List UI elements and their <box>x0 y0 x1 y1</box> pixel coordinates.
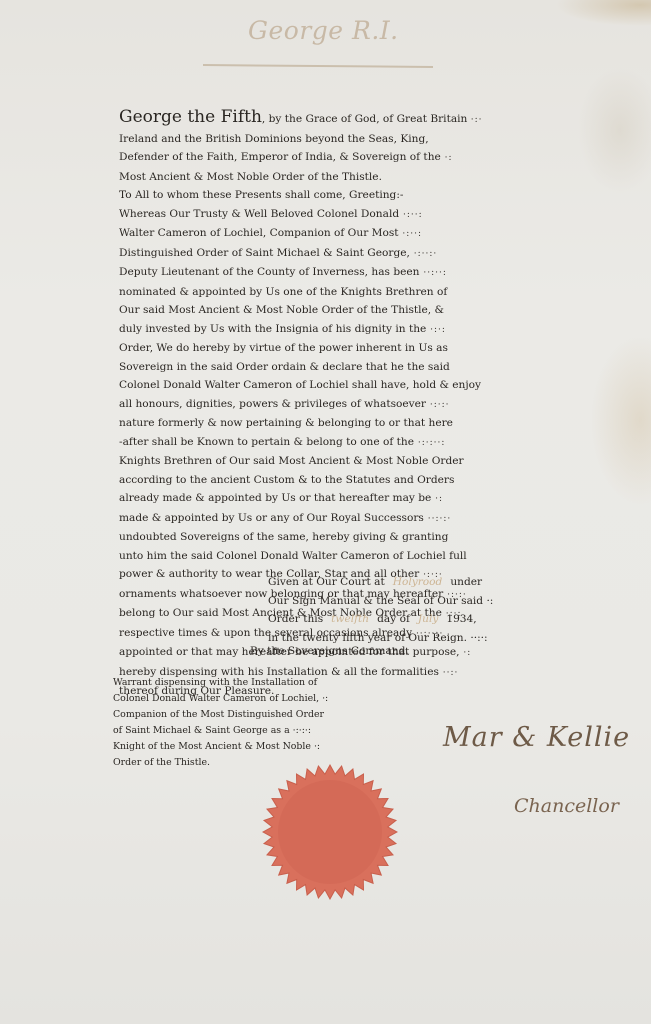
body-line-text: all honours, dignities, powers & privile… <box>119 398 426 410</box>
line-filler-ornament: ·:··: <box>399 210 423 220</box>
endorsement: Warrant dispensing with the Installation… <box>113 675 403 771</box>
day-filled: twelfth <box>323 613 377 625</box>
endorsement-line: Warrant dispensing with the Installation… <box>113 675 403 691</box>
royal-sign-manual: George R.I. <box>248 16 399 45</box>
body-line: all honours, dignities, powers & privile… <box>119 395 537 415</box>
body-line: undoubted Sovereigns of the same, hereby… <box>119 528 537 547</box>
body-line: according to the ancient Custom & to the… <box>119 471 537 490</box>
body-line: Most Ancient & Most Noble Order of the T… <box>119 168 537 187</box>
body-line: made & appointed by Us or any of Our Roy… <box>119 509 537 529</box>
body-line-text: Our said Most Ancient & Most Noble Order… <box>119 304 444 316</box>
line-filler-ornament: ·:·:· <box>426 400 450 410</box>
body-line: unto him the said Colonel Donald Walter … <box>119 547 537 566</box>
body-line: Sovereign in the said Order ordain & dec… <box>119 358 537 377</box>
body-line-text: Walter Cameron of Lochiel, Companion of … <box>119 227 399 239</box>
body-line-text: already made & appointed by Us or that h… <box>119 492 431 504</box>
body-line-text: Most Ancient & Most Noble Order of the T… <box>119 171 382 183</box>
body-line-text: Sovereign in the said Order ordain & dec… <box>119 361 450 373</box>
body-line-text: Defender of the Faith, Emperor of India,… <box>119 151 441 163</box>
endorsement-line: Knight of the Most Ancient & Most Noble … <box>113 739 403 755</box>
dating-text: Given at Our Court at <box>268 576 385 588</box>
body-line: Order, We do hereby by virtue of the pow… <box>119 339 537 358</box>
dating-text: under <box>450 576 482 588</box>
body-line-text: Ireland and the British Dominions beyond… <box>119 133 429 145</box>
body-line-text: duly invested by Us with the Insignia of… <box>119 323 426 335</box>
dating-line: Our Sign Manual & the Seal of Our said ·… <box>268 592 538 611</box>
line-filler-ornament: ·:··: <box>399 229 423 239</box>
signature-underline <box>203 64 433 68</box>
line-filler-ornament: ··:··: <box>420 268 447 278</box>
body-line: Our said Most Ancient & Most Noble Order… <box>119 301 537 320</box>
body-line-text: -after shall be Known to pertain & belon… <box>119 436 414 448</box>
body-line-text: Colonel Donald Walter Cameron of Lochiel… <box>119 379 481 391</box>
line-filler-ornament: ·:··:· <box>410 249 437 259</box>
body-line: Walter Cameron of Lochiel, Companion of … <box>119 224 537 244</box>
body-line-text: made & appointed by Us or any of Our Roy… <box>119 512 424 524</box>
dating-text: Order this <box>268 613 323 625</box>
month-filled: July <box>410 613 446 625</box>
endorsement-line: Colonel Donald Walter Cameron of Lochiel… <box>113 691 403 707</box>
body-line: nature formerly & now pertaining & belon… <box>119 414 537 433</box>
dating-text: day of <box>377 613 410 625</box>
body-line-text: undoubted Sovereigns of the same, hereby… <box>119 531 448 543</box>
body-line-text: Knights Brethren of Our said Most Ancien… <box>119 455 464 467</box>
body-line: nominated & appointed by Us one of the K… <box>119 283 537 302</box>
endorsement-line: of Saint Michael & Saint George as a ·:·… <box>113 723 403 739</box>
dating-clause: Given at Our Court atHolyroodunder Our S… <box>268 573 538 647</box>
chancellor-title: Chancellor <box>514 795 619 817</box>
body-line-text: unto him the said Colonel Donald Walter … <box>119 550 467 562</box>
body-line: To All to whom these Presents shall come… <box>119 186 537 205</box>
body-line: -after shall be Known to pertain & belon… <box>119 433 537 453</box>
line-filler-ornament: ·:·: <box>426 325 446 335</box>
body-line-text: , by the Grace of God, of Great Britain <box>262 113 467 125</box>
dating-line: Given at Our Court atHolyroodunder <box>268 573 538 592</box>
body-line-text: Distinguished Order of Saint Michael & S… <box>119 247 410 259</box>
year-text: 1934, <box>446 613 476 625</box>
body-line-text: Deputy Lieutenant of the County of Inver… <box>119 266 420 278</box>
body-line-text: Order, We do hereby by virtue of the pow… <box>119 342 448 354</box>
body-line: Whereas Our Trusty & Well Beloved Colone… <box>119 205 537 225</box>
wax-seal <box>262 764 398 900</box>
body-line-text: nominated & appointed by Us one of the K… <box>119 286 447 298</box>
warrant-document: George R.I. George the Fifth, by the Gra… <box>0 0 651 1024</box>
body-line: Colonel Donald Walter Cameron of Lochiel… <box>119 376 537 395</box>
body-line: Defender of the Faith, Emperor of India,… <box>119 148 537 168</box>
body-line: Distinguished Order of Saint Michael & S… <box>119 244 537 264</box>
body-line: George the Fifth, by the Grace of God, o… <box>119 108 537 130</box>
line-filler-ornament: ·: <box>441 153 453 163</box>
line-filler-ornament: ·:·:··: <box>414 438 445 448</box>
body-line: Ireland and the British Dominions beyond… <box>119 130 537 149</box>
dating-line: Order thistwelfthday ofJuly1934, <box>268 610 538 629</box>
body-line: already made & appointed by Us or that h… <box>119 489 537 509</box>
body-line-text: nature formerly & now pertaining & belon… <box>119 417 453 429</box>
line-filler-ornament: ··:·:· <box>424 514 451 524</box>
line-filler-ornament: ·:· <box>471 115 483 125</box>
endorsement-line: Companion of the Most Distinguished Orde… <box>113 707 403 723</box>
chancellor-signature: Mar & Kellie <box>443 722 630 753</box>
body-line: Knights Brethren of Our said Most Ancien… <box>119 452 537 471</box>
body-line-text: Whereas Our Trusty & Well Beloved Colone… <box>119 208 399 220</box>
body-line: Deputy Lieutenant of the County of Inver… <box>119 263 537 283</box>
line-filler-ornament: ··:· <box>439 668 458 678</box>
sovereign-name: George the Fifth <box>119 108 262 127</box>
line-filler-ornament: ·: <box>460 648 472 658</box>
line-filler-ornament: ·: <box>431 494 443 504</box>
body-line-text: To All to whom these Presents shall come… <box>119 189 403 201</box>
body-line-text: according to the ancient Custom & to the… <box>119 474 454 486</box>
place-filled: Holyrood <box>385 576 451 588</box>
sovereign-command: By the Sovereigns Command. <box>250 645 409 657</box>
body-line: duly invested by Us with the Insignia of… <box>119 320 537 340</box>
